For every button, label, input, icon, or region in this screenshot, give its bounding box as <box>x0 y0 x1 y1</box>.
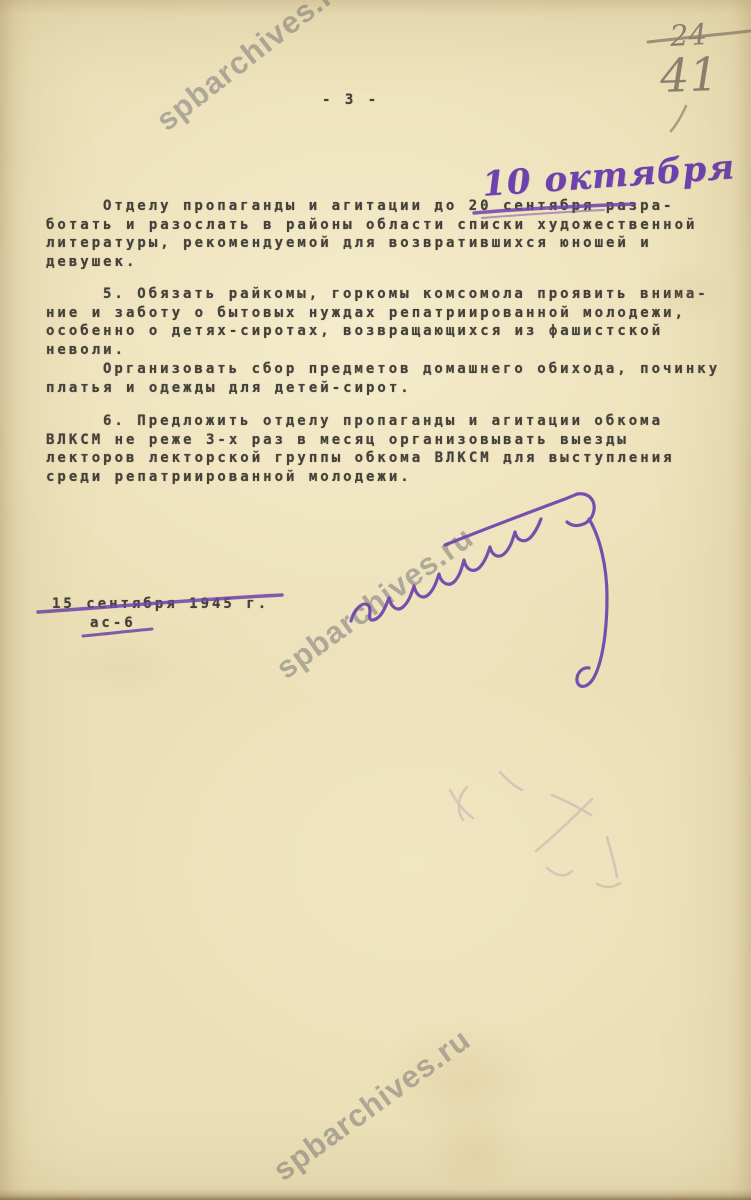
typed-paragraph-4-tail: Отделу пропаганды и агитации до 20 сентя… <box>46 197 736 272</box>
watermark: spbarchives.ru <box>267 1022 478 1189</box>
paper-stain <box>380 1020 550 1140</box>
typed-line: девушек. <box>46 253 736 272</box>
typed-text: Отделу пропаганды и агитации до <box>103 198 469 214</box>
struck-typed-date-line: 15 сентября 1945 г. <box>52 595 742 614</box>
signature-hook <box>567 494 594 526</box>
typed-line: литературы, рекомендуемой для возвративш… <box>46 234 736 253</box>
typed-line: лекторов лекторской группы обкома ВЛКСМ … <box>46 449 736 468</box>
paper-stain <box>56 636 186 700</box>
struck-typed-date: 20 сентября <box>469 198 595 214</box>
typed-line: особенно о детях-сиротах, возвращающихся… <box>46 322 736 341</box>
typed-line: ние и заботу о бытовых нуждах репатрииро… <box>46 304 736 323</box>
signature-top-bar <box>445 494 577 545</box>
signature-flourish <box>351 494 607 687</box>
typed-line: ВЛКСМ не реже 3-х раз в месяц организовы… <box>46 431 736 450</box>
struck-typist-reference: ас-6 <box>90 614 742 633</box>
typed-line: неволи. <box>46 341 736 360</box>
bleed-through-marks <box>450 772 620 887</box>
typed-line: 6. Предложить отделу пропаганды и агитац… <box>46 412 736 431</box>
typed-paragraph-6: 6. Предложить отделу пропаганды и агитац… <box>46 412 736 487</box>
scanned-document-page: spbarchives.ru spbarchives.ru spbarchive… <box>0 0 751 1200</box>
page-number: - 3 - <box>322 92 379 108</box>
typed-line: среди репатриированной молодежи. <box>46 468 736 487</box>
typed-line: ботать и разослать в районы области спис… <box>46 216 736 235</box>
typed-date-block: 15 сентября 1945 г. ас-6 <box>52 595 742 632</box>
typed-line: 5. Обязать райкомы, горкомы комсомола пр… <box>46 285 736 304</box>
typed-paragraph-5: 5. Обязать райкомы, горкомы комсомола пр… <box>46 285 736 397</box>
typed-line: Отделу пропаганды и агитации до 20 сентя… <box>46 197 736 216</box>
pencil-tail-stroke <box>671 106 686 131</box>
pencil-number-current: 41 <box>659 47 719 103</box>
page-bottom-edge-shadow <box>0 1189 751 1200</box>
typed-line: Организовать сбор предметов домашнего об… <box>46 360 736 379</box>
typed-line: платья и одежды для детей-сирот. <box>46 379 736 398</box>
watermark: spbarchives.ru <box>150 0 357 138</box>
typed-text: разра- <box>594 198 674 214</box>
paper-stain <box>420 1110 530 1190</box>
